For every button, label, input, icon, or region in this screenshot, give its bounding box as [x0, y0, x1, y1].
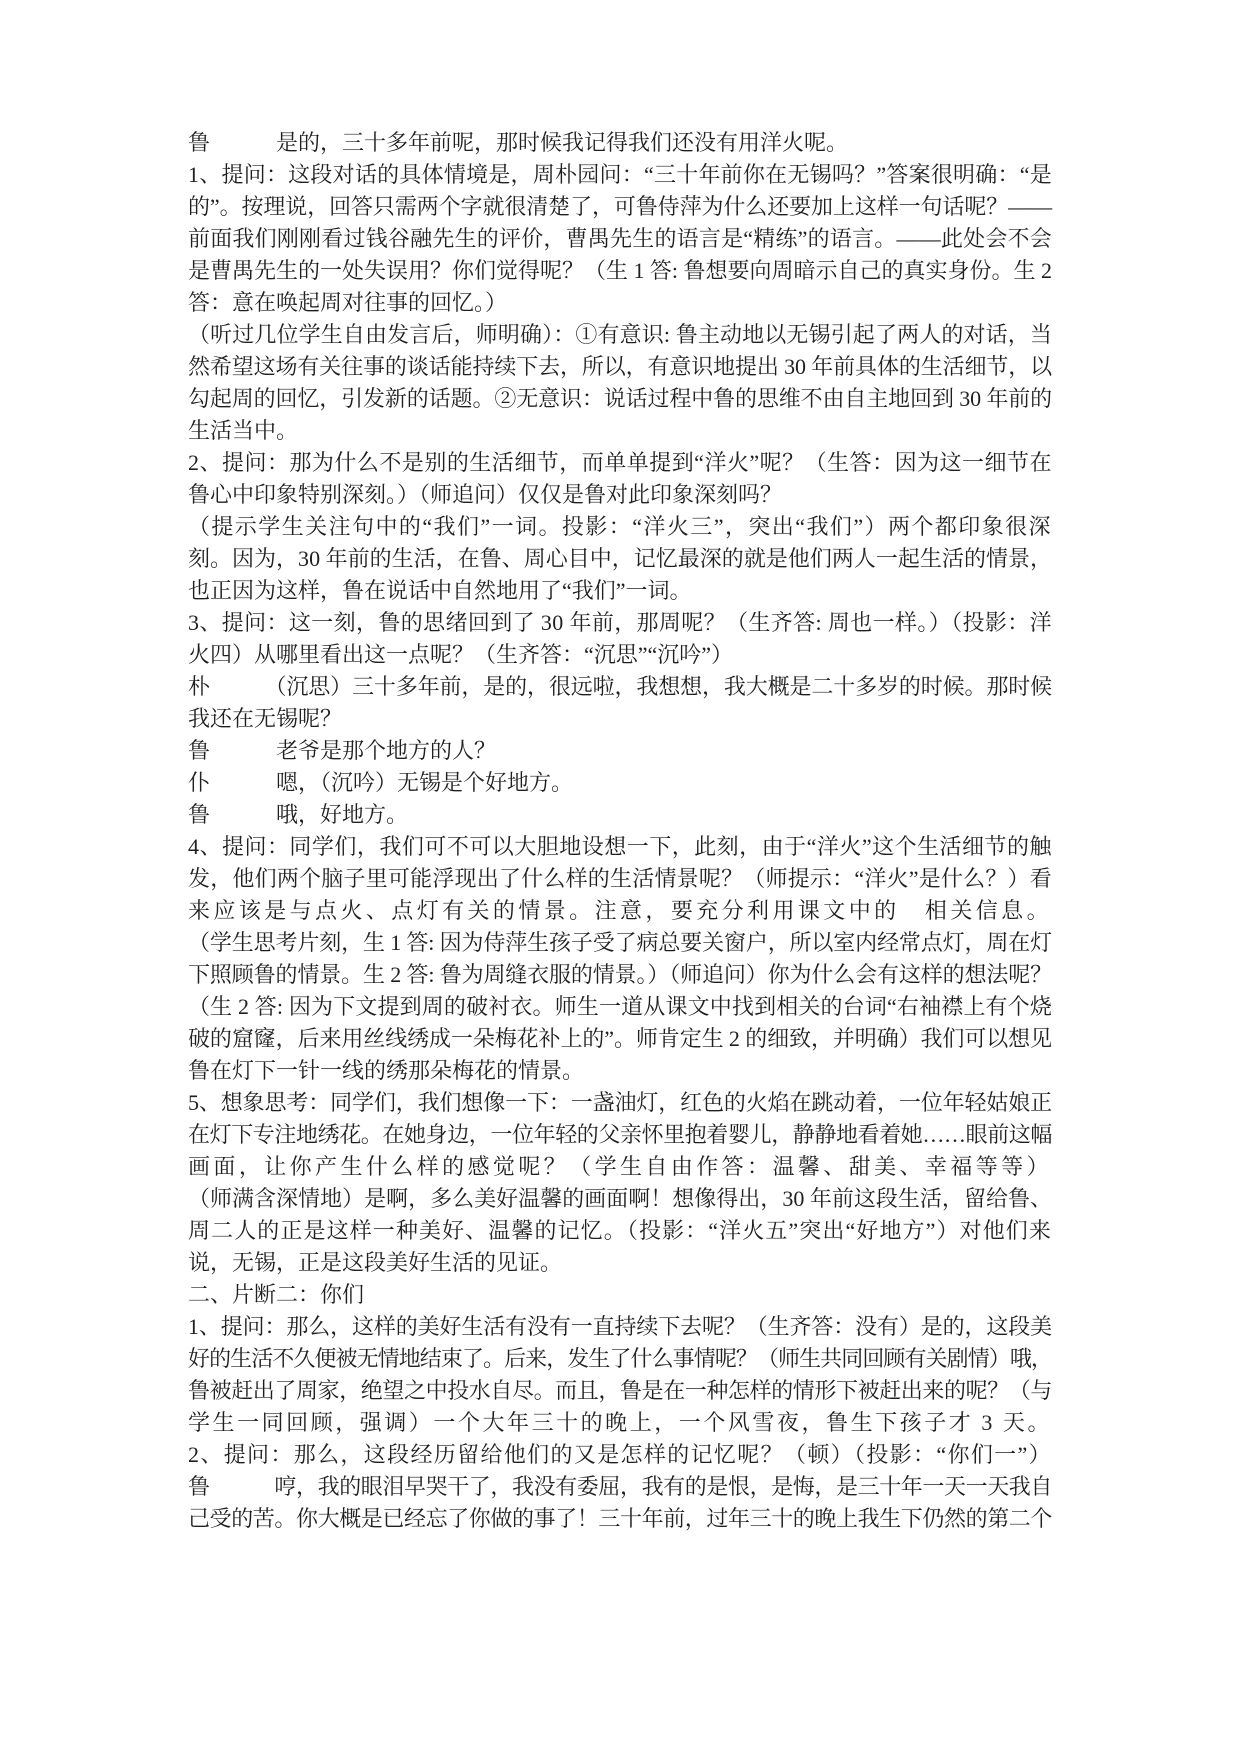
text-line-content: 鲁 是的，三十多年前呢，那时候我记得我们还没有用洋火呢。 — [188, 127, 848, 159]
text-line-content: （师满含深情地）是啊，多么美好温馨的画面啊！想像得出，30 年前这段生活，留给鲁… — [188, 1183, 1052, 1215]
text-line-content: 勾起周的回忆，引发新的话题。②无意识：说话过程中鲁的思维不由自主地回到 30 年… — [188, 383, 1052, 415]
text-line: 5、想象思考：同学们，我们想像一下：一盏油灯，红色的火焰在跳动着，一位年轻姑娘正 — [188, 1087, 1052, 1119]
text-line-content: 鲁 哦，好地方。 — [188, 799, 408, 831]
text-line-content: 说，无锡，正是这段美好生活的见证。 — [188, 1247, 562, 1279]
text-line-content: 破的窟窿，后来用丝线绣成一朵梅花补上的”。师肯定生 2 的细致，并明确）我们可以… — [188, 1023, 1052, 1055]
text-line: 好的生活不久便被无情地结束了。后来，发生了什么事情呢？（师生共同回顾有关剧情）哦… — [188, 1343, 1052, 1375]
text-line: （生 2 答: 因为下文提到周的破衬衣。师生一道从课文中找到相关的台词“右袖襟上… — [188, 991, 1052, 1023]
text-line: 答：意在唤起周对往事的回忆。） — [188, 287, 1052, 319]
text-line-content: 下照顾鲁的情景。生 2 答: 鲁为周缝衣服的情景。）（师追问）你为什么会有这样的… — [188, 959, 1052, 991]
text-line-content: 生活当中。 — [188, 415, 298, 447]
text-line: 鲁 是的，三十多年前呢，那时候我记得我们还没有用洋火呢。 — [188, 127, 1052, 159]
text-line-content: 来应该是与点火、点灯有关的情景。注意，要充分利用课文中的 相关信息。 — [188, 895, 1052, 927]
text-line: 前面我们刚刚看过钱谷融先生的评价，曹禺先生的语言是“精练”的语言。——此处会不会 — [188, 223, 1052, 255]
text-line-content: 在灯下专注地绣花。在她身边，一位年轻的父亲怀里抱着婴儿，静静地看着她……眼前这幅 — [188, 1119, 1052, 1151]
text-line: 火四）从哪里看出这一点呢？（生齐答：“沉思”“沉吟”） — [188, 639, 1052, 671]
text-line: （学生思考片刻，生 1 答: 因为侍萍生孩子受了病总要关窗户，所以室内经常点灯，… — [188, 927, 1052, 959]
text-line: （提示学生关注句中的“我们”一词。投影：“洋火三”，突出“我们”）两个都印象很深 — [188, 511, 1052, 543]
text-line: 发，他们两个脑子里可能浮现出了什么样的生活情景呢？（师提示：“洋火”是什么？）看 — [188, 863, 1052, 895]
text-line-content: 的”。按理说，回答只需两个字就很清楚了，可鲁侍萍为什么还要加上这样一句话呢？—— — [188, 191, 1052, 223]
text-line: 仆 嗯，（沉吟）无锡是个好地方。 — [188, 767, 1052, 799]
text-line: 鲁心中印象特别深刻。）（师追问）仅仅是鲁对此印象深刻吗？ — [188, 479, 1052, 511]
text-line-content: 二、片断二：你们 — [188, 1279, 364, 1311]
text-line-content: 鲁在灯下一针一线的绣那朵梅花的情景。 — [188, 1055, 584, 1087]
text-line-content: 周二人的正是这样一种美好、温馨的记忆。（投影：“洋火五”突出“好地方”）对他们来 — [188, 1215, 1052, 1247]
text-line-content: 3、提问：这一刻，鲁的思绪回到了 30 年前，那周呢？（生齐答: 周也一样。）（… — [188, 607, 1052, 639]
text-line-content: 2、提问：那为什么不是别的生活细节，而单单提到“洋火”呢？（生答：因为这一细节在 — [188, 447, 1052, 479]
text-line: 说，无锡，正是这段美好生活的见证。 — [188, 1247, 1052, 1279]
text-line: 3、提问：这一刻，鲁的思绪回到了 30 年前，那周呢？（生齐答: 周也一样。）（… — [188, 607, 1052, 639]
text-line: （师满含深情地）是啊，多么美好温馨的画面啊！想像得出，30 年前这段生活，留给鲁… — [188, 1183, 1052, 1215]
text-line: 鲁在灯下一针一线的绣那朵梅花的情景。 — [188, 1055, 1052, 1087]
text-line-content: 鲁 老爷是那个地方的人？ — [188, 735, 496, 767]
text-line-content: （生 2 答: 因为下文提到周的破衬衣。师生一道从课文中找到相关的台词“右袖襟上… — [188, 991, 1052, 1023]
text-line: 的”。按理说，回答只需两个字就很清楚了，可鲁侍萍为什么还要加上这样一句话呢？—— — [188, 191, 1052, 223]
text-line-content: 鲁被赶出了周家，绝望之中投水自尽。而且，鲁是在一种怎样的情形下被赶出来的呢？（与 — [188, 1375, 1052, 1407]
text-line-content: 前面我们刚刚看过钱谷融先生的评价，曹禺先生的语言是“精练”的语言。——此处会不会 — [188, 223, 1052, 255]
text-line-content: 也正因为这样，鲁在说话中自然地用了“我们”一词。 — [188, 575, 692, 607]
text-line: 生活当中。 — [188, 415, 1052, 447]
text-line: 1、提问：那么，这样的美好生活有没有一直持续下去呢？（生齐答：没有）是的，这段美 — [188, 1311, 1052, 1343]
text-line: 画面，让你产生什么样的感觉呢？（学生自由作答：温馨、甜美、幸福等等） — [188, 1151, 1052, 1183]
text-line: 朴 （沉思）三十多年前，是的，很远啦，我想想，我大概是二十多岁的时候。那时候 — [188, 671, 1052, 703]
text-line-content: 4、提问：同学们，我们可不可以大胆地设想一下，此刻，由于“洋火”这个生活细节的触 — [188, 831, 1052, 863]
text-line: 勾起周的回忆，引发新的话题。②无意识：说话过程中鲁的思维不由自主地回到 30 年… — [188, 383, 1052, 415]
text-line-content: （学生思考片刻，生 1 答: 因为侍萍生孩子受了病总要关窗户，所以室内经常点灯，… — [188, 927, 1052, 959]
text-line-content: 火四）从哪里看出这一点呢？（生齐答：“沉思”“沉吟”） — [188, 639, 733, 671]
text-line-content: 朴 （沉思）三十多年前，是的，很远啦，我想想，我大概是二十多岁的时候。那时候 — [188, 671, 1052, 703]
text-line: 鲁 哼，我的眼泪早哭干了，我没有委屈，我有的是恨，是悔，是三十年一天一天我自 — [188, 1471, 1052, 1503]
text-line-content: 5、想象思考：同学们，我们想像一下：一盏油灯，红色的火焰在跳动着，一位年轻姑娘正 — [188, 1087, 1052, 1119]
lesson-transcript: 鲁 是的，三十多年前呢，那时候我记得我们还没有用洋火呢。 1、提问：这段对话的具… — [188, 127, 1052, 1535]
text-line-content: 1、提问：那么，这样的美好生活有没有一直持续下去呢？（生齐答：没有）是的，这段美 — [188, 1311, 1052, 1343]
document-page: 鲁 是的，三十多年前呢，那时候我记得我们还没有用洋火呢。 1、提问：这段对话的具… — [0, 0, 1241, 1754]
text-line-content: （听过几位学生自由发言后，师明确）：①有意识: 鲁主动地以无锡引起了两人的对话，… — [188, 319, 1052, 351]
text-line: 我还在无锡呢？ — [188, 703, 1052, 735]
text-line: 己受的苦。你大概是已经忘了你做的事了！三十年前，过年三十的晚上我生下仍然的第二个 — [188, 1503, 1052, 1535]
text-line: 是曹禺先生的一处失误用？你们觉得呢？（生 1 答: 鲁想要向周暗示自己的真实身份… — [188, 255, 1052, 287]
text-line-content: 我还在无锡呢？ — [188, 703, 342, 735]
text-line-content: （提示学生关注句中的“我们”一词。投影：“洋火三”，突出“我们”）两个都印象很深 — [188, 511, 1052, 543]
text-line: 下照顾鲁的情景。生 2 答: 鲁为周缝衣服的情景。）（师追问）你为什么会有这样的… — [188, 959, 1052, 991]
text-line: （听过几位学生自由发言后，师明确）：①有意识: 鲁主动地以无锡引起了两人的对话，… — [188, 319, 1052, 351]
text-line: 1、提问：这段对话的具体情境是，周朴园问：“三十年前你在无锡吗？”答案很明确：“… — [188, 159, 1052, 191]
text-line-content: 是曹禺先生的一处失误用？你们觉得呢？（生 1 答: 鲁想要向周暗示自己的真实身份… — [188, 255, 1052, 287]
text-line: 鲁 老爷是那个地方的人？ — [188, 735, 1052, 767]
text-line-content: 答：意在唤起周对往事的回忆。） — [188, 287, 507, 319]
text-line-content: 好的生活不久便被无情地结束了。后来，发生了什么事情呢？（师生共同回顾有关剧情）哦… — [188, 1343, 1052, 1375]
text-line-content: 画面，让你产生什么样的感觉呢？（学生自由作答：温馨、甜美、幸福等等） — [188, 1151, 1052, 1183]
text-line-content: 2、提问：那么，这段经历留给他们的又是怎样的记忆呢？（顿）（投影：“你们一”） — [188, 1439, 1052, 1471]
text-line: 2、提问：那么，这段经历留给他们的又是怎样的记忆呢？（顿）（投影：“你们一”） — [188, 1439, 1052, 1471]
text-line: 鲁被赶出了周家，绝望之中投水自尽。而且，鲁是在一种怎样的情形下被赶出来的呢？（与 — [188, 1375, 1052, 1407]
text-line: 2、提问：那为什么不是别的生活细节，而单单提到“洋火”呢？（生答：因为这一细节在 — [188, 447, 1052, 479]
text-line: 也正因为这样，鲁在说话中自然地用了“我们”一词。 — [188, 575, 1052, 607]
text-line-content: 然希望这场有关往事的谈话能持续下去，所以，有意识地提出 30 年前具体的生活细节… — [188, 351, 1052, 383]
text-line: 刻。因为，30 年前的生活，在鲁、周心目中，记忆最深的就是他们两人一起生活的情景… — [188, 543, 1052, 575]
text-line-content: 鲁 哼，我的眼泪早哭干了，我没有委屈，我有的是恨，是悔，是三十年一天一天我自 — [188, 1471, 1052, 1503]
text-line: 来应该是与点火、点灯有关的情景。注意，要充分利用课文中的 相关信息。 — [188, 895, 1052, 927]
text-line-content: 学生一同回顾，强调）一个大年三十的晚上，一个风雪夜，鲁生下孩子才 3 天。 — [188, 1407, 1052, 1439]
text-line: 在灯下专注地绣花。在她身边，一位年轻的父亲怀里抱着婴儿，静静地看着她……眼前这幅 — [188, 1119, 1052, 1151]
text-line-content: 己受的苦。你大概是已经忘了你做的事了！三十年前，过年三十的晚上我生下仍然的第二个 — [188, 1503, 1052, 1535]
text-line: 鲁 哦，好地方。 — [188, 799, 1052, 831]
text-line: 二、片断二：你们 — [188, 1279, 1052, 1311]
text-line: 破的窟窿，后来用丝线绣成一朵梅花补上的”。师肯定生 2 的细致，并明确）我们可以… — [188, 1023, 1052, 1055]
text-line: 然希望这场有关往事的谈话能持续下去，所以，有意识地提出 30 年前具体的生活细节… — [188, 351, 1052, 383]
text-line-content: 发，他们两个脑子里可能浮现出了什么样的生活情景呢？（师提示：“洋火”是什么？）看 — [188, 863, 1052, 895]
text-line-content: 鲁心中印象特别深刻。）（师追问）仅仅是鲁对此印象深刻吗？ — [188, 479, 782, 511]
text-line-content: 仆 嗯，（沉吟）无锡是个好地方。 — [188, 767, 573, 799]
text-line: 学生一同回顾，强调）一个大年三十的晚上，一个风雪夜，鲁生下孩子才 3 天。 — [188, 1407, 1052, 1439]
text-line: 周二人的正是这样一种美好、温馨的记忆。（投影：“洋火五”突出“好地方”）对他们来 — [188, 1215, 1052, 1247]
text-line-content: 刻。因为，30 年前的生活，在鲁、周心目中，记忆最深的就是他们两人一起生活的情景… — [188, 543, 1052, 575]
text-line-content: 1、提问：这段对话的具体情境是，周朴园问：“三十年前你在无锡吗？”答案很明确：“… — [188, 159, 1052, 191]
text-line: 4、提问：同学们，我们可不可以大胆地设想一下，此刻，由于“洋火”这个生活细节的触 — [188, 831, 1052, 863]
